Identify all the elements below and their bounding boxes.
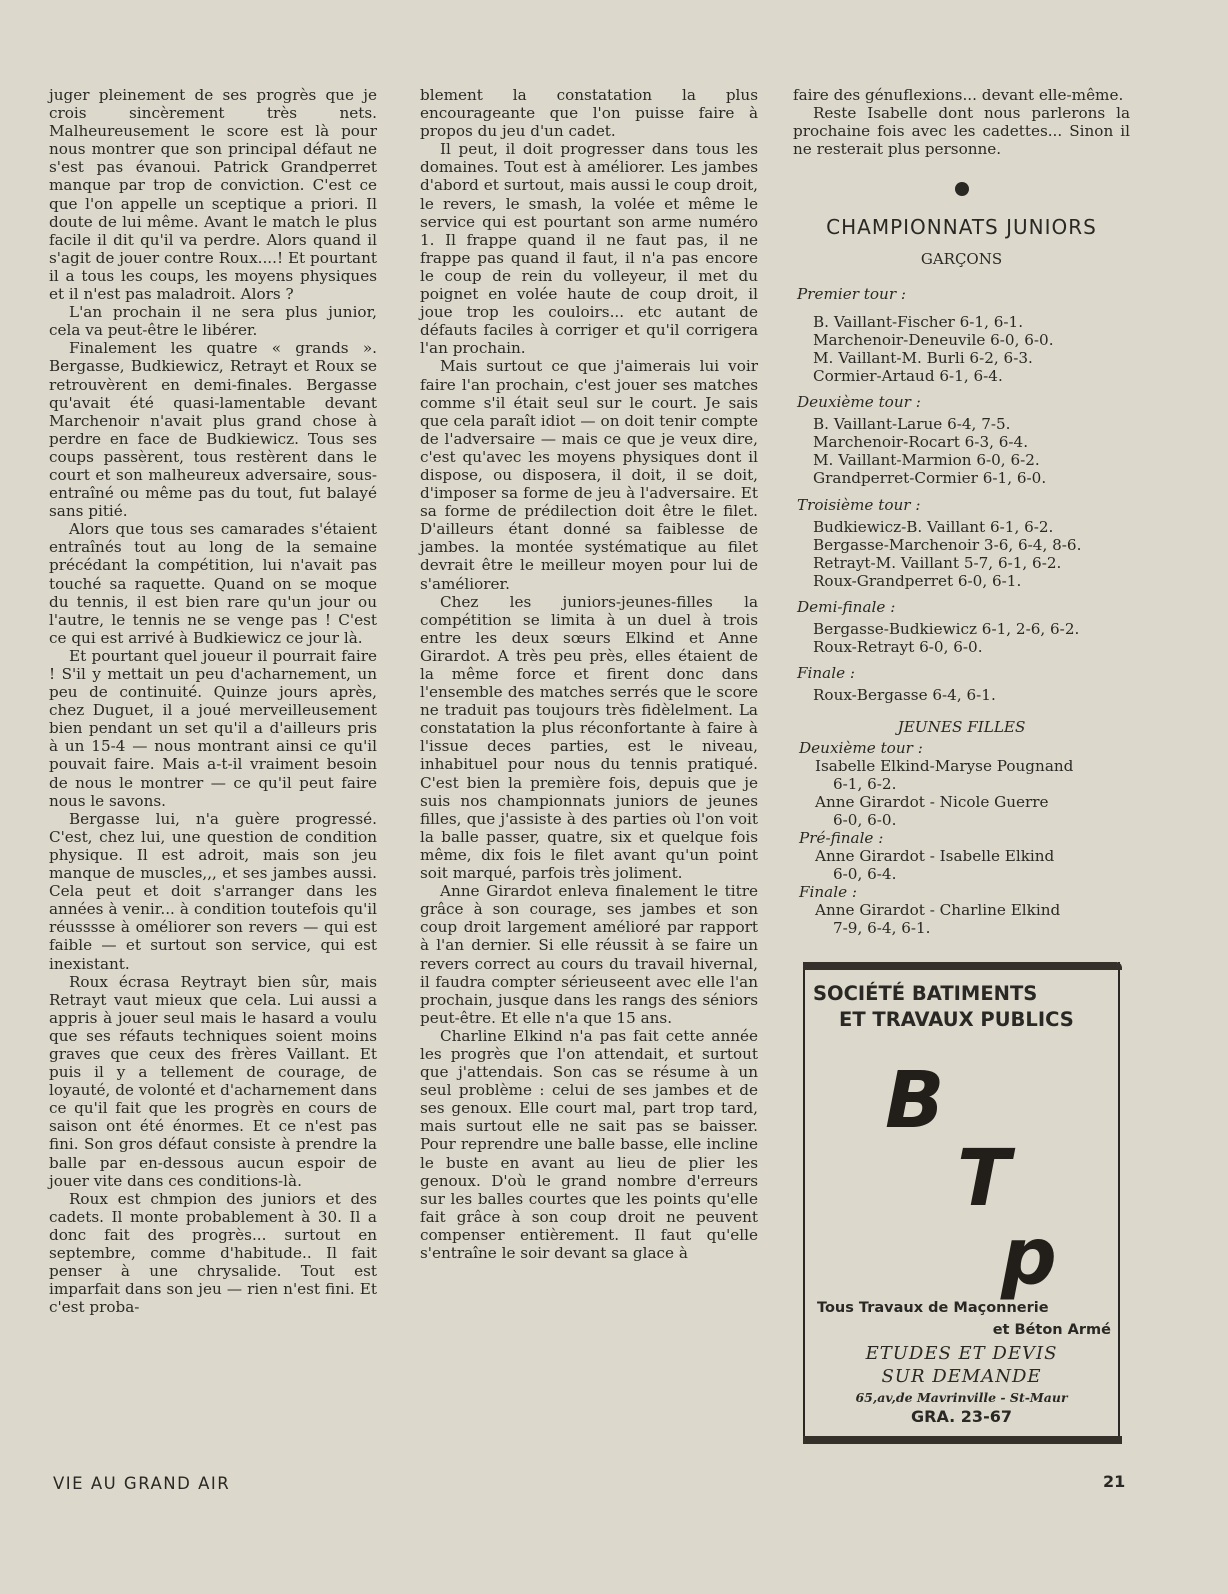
article-column-3: faire des génuflexions... devant elle-mê… — [793, 86, 1130, 938]
match-result: Bergasse-Marchenoir 3-6, 6-4, 8-6. — [813, 536, 1130, 554]
paragraph: Roux est chmpion des juniors et des cade… — [49, 1190, 377, 1317]
advertisement-box: SOCIÉTÉ BATIMENTS ET TRAVAUX PUBLICS B T… — [803, 962, 1120, 1436]
ad-services-line1: Tous Travaux de Maçonnerie — [817, 1300, 1130, 1316]
ad-offer-line1: ETUDES ET DEVIS — [805, 1343, 1118, 1364]
logo-letter-b: B — [885, 1062, 944, 1140]
round-label: Premier tour : — [797, 285, 1130, 303]
logo-letter-t: T — [957, 1140, 1010, 1218]
match-result: Marchenoir-Rocart 6-3, 6-4. — [813, 433, 1130, 451]
ad-services-line2: et Béton Armé — [805, 1322, 1111, 1338]
paragraph: Roux écrasa Reytrayt bien sûr, mais Retr… — [49, 973, 377, 1190]
round-label: Demi-finale : — [797, 598, 1130, 616]
round-label: Troisième tour : — [797, 496, 1130, 514]
match-result: Cormier-Artaud 6-1, 6-4. — [813, 367, 1130, 385]
match-result: Budkiewicz-B. Vaillant 6-1, 6-2. — [813, 518, 1130, 536]
paragraph: Alors que tous ses camarades s'étaient e… — [49, 520, 377, 647]
girls-results: Deuxième tour : Isabelle Elkind-Maryse P… — [793, 739, 1130, 938]
match-score: 7-9, 6-4, 6-1. — [833, 919, 1130, 937]
round-label: Deuxième tour : — [799, 739, 1130, 757]
ad-top-rule — [803, 962, 1122, 970]
ad-address: 65,av,de Mavrinville - St-Maur — [805, 1390, 1118, 1405]
paragraph: blement la constatation la plus encourag… — [420, 86, 758, 140]
ad-headline: SOCIÉTÉ BATIMENTS ET TRAVAUX PUBLICS — [813, 981, 1123, 1033]
section-bullet-icon — [955, 182, 969, 196]
paragraph: Bergasse lui, n'a guère progressé. C'est… — [49, 810, 377, 973]
match-players: Anne Girardot - Charline Elkind — [815, 901, 1130, 919]
ad-headline-line2: ET TRAVAUX PUBLICS — [813, 1007, 1123, 1033]
match-result: M. Vaillant-Marmion 6-0, 6-2. — [813, 451, 1130, 469]
girls-title: JEUNES FILLES — [793, 718, 1130, 736]
article-column-1: juger pleinement de ses progrès que je c… — [49, 86, 377, 1316]
round-label: Pré-finale : — [799, 829, 1130, 847]
paragraph: Chez les juniors-jeunes-filles la compét… — [420, 593, 758, 883]
ad-offer-line2: SUR DEMANDE — [805, 1366, 1118, 1387]
logo-letter-p: P — [1001, 1218, 1057, 1296]
boys-title: GARÇONS — [793, 250, 1130, 268]
paragraph: Mais surtout ce que j'aimerais lui voir … — [420, 357, 758, 592]
match-result: M. Vaillant-M. Burli 6-2, 6-3. — [813, 349, 1130, 367]
match-result: Marchenoir-Deneuvile 6-0, 6-0. — [813, 331, 1130, 349]
round-label: Finale : — [797, 664, 1130, 682]
ad-bottom-rule — [803, 1436, 1122, 1444]
match-result: Retrayt-M. Vaillant 5-7, 6-1, 6-2. — [813, 554, 1130, 572]
results-title: CHAMPIONNATS JUNIORS — [793, 218, 1130, 236]
paragraph: Reste Isabelle dont nous parlerons la pr… — [793, 104, 1130, 158]
paragraph: Et pourtant quel joueur il pourrait fair… — [49, 647, 377, 810]
match-score: 6-0, 6-4. — [833, 865, 1130, 883]
round-label: Finale : — [799, 883, 1130, 901]
match-result: B. Vaillant-Larue 6-4, 7-5. — [813, 415, 1130, 433]
match-result: Bergasse-Budkiewicz 6-1, 2-6, 6-2. — [813, 620, 1130, 638]
round-label: Deuxième tour : — [797, 393, 1130, 411]
paragraph: Il peut, il doit progresser dans tous le… — [420, 140, 758, 357]
page-number: 21 — [1103, 1472, 1125, 1491]
match-result: Roux-Grandperret 6-0, 6-1. — [813, 572, 1130, 590]
match-score: 6-1, 6-2. — [833, 775, 1130, 793]
paragraph: faire des génuflexions... devant elle-mê… — [793, 86, 1130, 104]
paragraph: Anne Girardot enleva finalement le titre… — [420, 882, 758, 1027]
match-result: Roux-Retrayt 6-0, 6-0. — [813, 638, 1130, 656]
paragraph: Finalement les quatre « grands ». Bergas… — [49, 339, 377, 520]
match-result: Grandperret-Cormier 6-1, 6-0. — [813, 469, 1130, 487]
match-players: Isabelle Elkind-Maryse Pougnand — [815, 757, 1130, 775]
paragraph: Charline Elkind n'a pas fait cette année… — [420, 1027, 758, 1262]
match-score: 6-0, 6-0. — [833, 811, 1130, 829]
paragraph: juger pleinement de ses progrès que je c… — [49, 86, 377, 303]
boys-results: Premier tour : B. Vaillant-Fischer 6-1, … — [793, 285, 1130, 705]
match-players: Anne Girardot - Isabelle Elkind — [815, 847, 1130, 865]
ad-phone: GRA. 23-67 — [805, 1407, 1118, 1426]
match-result: B. Vaillant-Fischer 6-1, 6-1. — [813, 313, 1130, 331]
ad-headline-line1: SOCIÉTÉ BATIMENTS — [813, 981, 1123, 1007]
publication-name: VIE AU GRAND AIR — [53, 1474, 230, 1493]
match-players: Anne Girardot - Nicole Guerre — [815, 793, 1130, 811]
match-result: Roux-Bergasse 6-4, 6-1. — [813, 686, 1130, 704]
paragraph: L'an prochain il ne sera plus junior, ce… — [49, 303, 377, 339]
article-column-2: blement la constatation la plus encourag… — [420, 86, 758, 1262]
